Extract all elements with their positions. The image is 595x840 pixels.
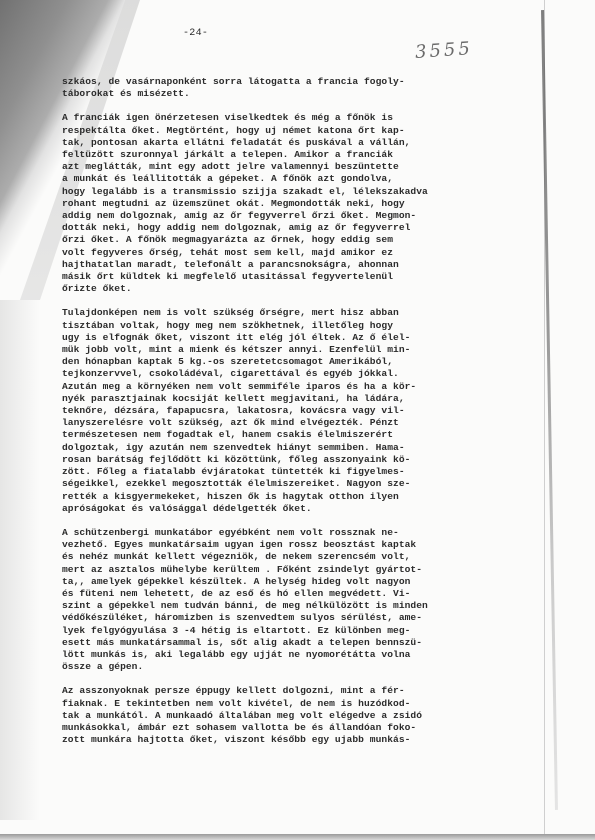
text-line: táborokat és misézett. [62, 88, 522, 100]
text-line: rosan barátság fejlődött ki közöttünk, f… [62, 454, 522, 466]
text-line: szint a gépekkel nem tudván bánni, de me… [62, 600, 522, 612]
text-line: ugy is elfognák őket, viszont itt elég j… [62, 332, 522, 344]
text-line: össze a gépen. [62, 661, 522, 673]
page-bottom-edge [0, 834, 595, 840]
text-line: apróságokat és valósággal dédelgették ők… [62, 503, 522, 515]
text-line: nyék parasztjainak kocsiját kellett megj… [62, 393, 522, 405]
text-line: természetesen nem fogadtak el, hanem csa… [62, 429, 522, 441]
text-line: A franciák igen önérzetesen viselkedtek … [62, 112, 522, 124]
text-line: és nehéz munkát kellett végezniök, de ne… [62, 551, 522, 563]
text-line: zott munkára hajtotta őket, viszont késő… [62, 734, 522, 746]
text-line: dották neki, hogy addig nem dolgoznak, a… [62, 222, 522, 234]
text-line: A schützenbergi munkatábor egyébként nem… [62, 527, 522, 539]
text-line: den hónapban kaptak 5 kg.-os szeretetcso… [62, 356, 522, 368]
text-line: tejkonzervvel, csokoládéval, cigarettáva… [62, 368, 522, 380]
paragraph: A franciák igen önérzetesen viselkedtek … [62, 112, 522, 295]
text-line: addig nem dolgoznak, amig az őr fegyverr… [62, 210, 522, 222]
text-line: tak, pontosan akarta ellátni feladatát é… [62, 137, 522, 149]
text-line: ségeikkel, ezekkel megosztották élelmisz… [62, 478, 522, 490]
typewritten-body: szkáos, de vasárnaponként sorra látogatt… [62, 76, 522, 758]
text-line: lyek felgyógyulása 3 -4 hétig is eltarto… [62, 625, 522, 637]
text-line: Az asszonyoknak persze éppugy kellett do… [62, 685, 522, 697]
paragraph: Tulajdonképen nem is volt szükség őrségr… [62, 307, 522, 514]
text-line: teknőre, dézsára, fapapucsra, lakatosra,… [62, 405, 522, 417]
text-line: ta,, amelyek gépekkel készültek. A helys… [62, 576, 522, 588]
text-line: hajthatatlan maradt, telefonált a paranc… [62, 259, 522, 271]
text-line: mert az asztalos mühelybe kerültem . Fők… [62, 564, 522, 576]
scanned-page: -24- 3555 szkáos, de vasárnaponként sorr… [0, 0, 595, 840]
scan-left-grain [0, 300, 40, 820]
paragraph: A schützenbergi munkatábor egyébként nem… [62, 527, 522, 673]
text-line: őrzi őket. A főnök megmagyarázta az őrne… [62, 234, 522, 246]
text-line: rették a kisgyermekeket, hiszen ők is ha… [62, 491, 522, 503]
paragraph: szkáos, de vasárnaponként sorra látogatt… [62, 76, 522, 100]
text-line: fiaknak. E tekintetben nem volt kivétel,… [62, 698, 522, 710]
paragraph: Az asszonyoknak persze éppugy kellett do… [62, 685, 522, 746]
text-line: tak a munkától. A munkaadó általában meg… [62, 710, 522, 722]
text-line: esett más munkatársammal is, sőt alig ak… [62, 637, 522, 649]
text-line: őrizte őket. [62, 283, 522, 295]
text-line: respektálta őket. Megtörtént, hogy uj né… [62, 125, 522, 137]
text-line: lanyszerelésre volt szükség, azt ők mind… [62, 417, 522, 429]
text-line: lött munkás is, aki legalább egy ujját n… [62, 649, 522, 661]
text-line: rohant megtudni az üzemszünet okát. Megm… [62, 198, 522, 210]
page-number: -24- [183, 28, 208, 39]
text-line: feltüzött szuronnyal járkált a telepen. … [62, 149, 522, 161]
text-line: és füteni nem lehetett, de az eső és hó … [62, 588, 522, 600]
text-line: zött. Főleg a fiatalabb évjáratokat tünt… [62, 466, 522, 478]
text-line: szkáos, de vasárnaponként sorra látogatt… [62, 76, 522, 88]
text-line: védőkészüléket, háromizben is szenvedtem… [62, 612, 522, 624]
text-line: Azután meg a környéken nem volt semmifél… [62, 381, 522, 393]
text-line: másik őrt küldtek ki megfelelő utasitáss… [62, 271, 522, 283]
handwritten-annotation: 3555 [414, 38, 473, 63]
text-line: volt fegyveres őrség, tehát most sem kel… [62, 247, 522, 259]
text-line: Tulajdonképen nem is volt szükség őrségr… [62, 307, 522, 319]
text-line: a munkát és leállitották a gépeket. A fő… [62, 173, 522, 185]
text-line: vezhető. Egyes munkatársaim ugyan igen r… [62, 539, 522, 551]
text-line: hogy legalább is a transmissio szijja sz… [62, 186, 522, 198]
text-line: tisztában voltak, hogy meg nem szökhetne… [62, 320, 522, 332]
text-line: mük jobb volt, mint a mienk és kétszer a… [62, 344, 522, 356]
text-line: dolgoztak, igy azután nem szenvedtek hiá… [62, 442, 522, 454]
text-line: munkásokkal, ámbár ezt sohasem vallotta … [62, 722, 522, 734]
text-line: azt meglátták, mint egy adott jelre vala… [62, 161, 522, 173]
